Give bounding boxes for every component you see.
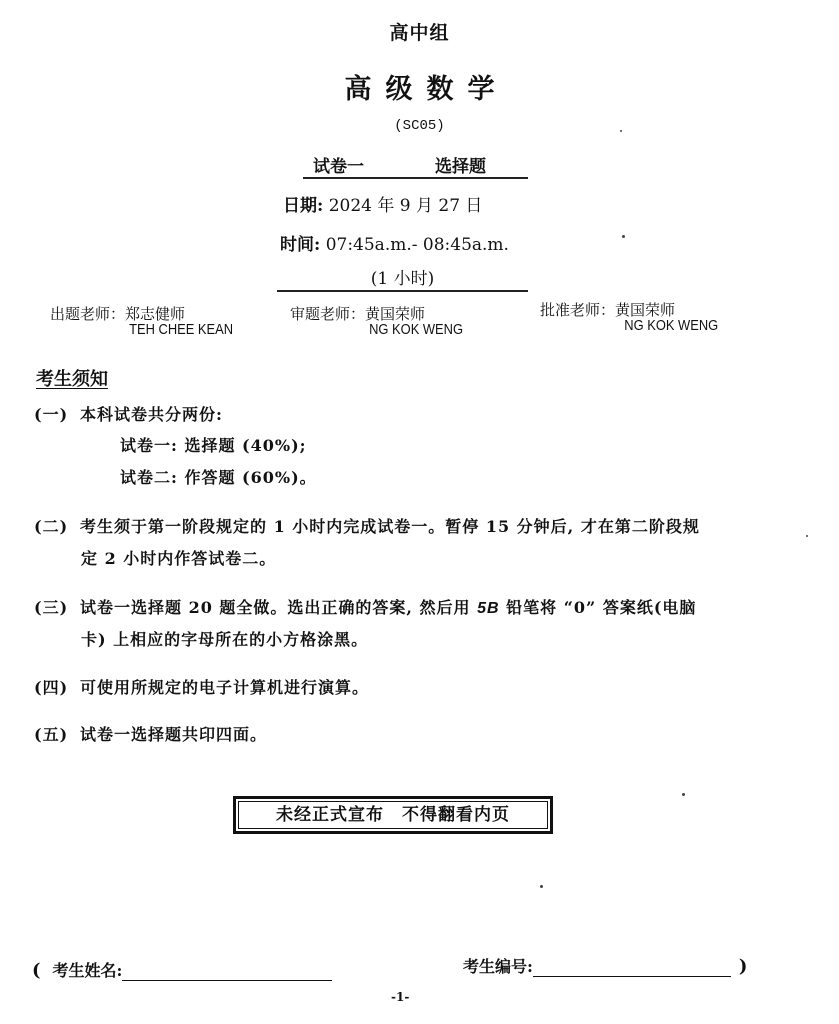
do-not-open-notice: 未经正式宣布不得翻看内页 (233, 796, 553, 834)
paper-number: 试卷一 (313, 152, 364, 177)
item-text: 本科试卷共分两份: (80, 405, 223, 424)
item-number: (一) (34, 402, 80, 425)
setter-label: 出题老师： (50, 305, 125, 323)
instruction-item-5: (五)试卷一选择题共印四面。 (34, 722, 267, 745)
scan-speck (622, 235, 625, 238)
item-text: 试卷一选择题 20 题全做。选出正确的答案, 然后用 (80, 598, 477, 617)
setter-name-en: TEH CHEE KEAN (50, 322, 233, 338)
group-label: 高中组 (0, 18, 839, 45)
scan-speck (806, 535, 808, 537)
exam-duration: (1 小时) (277, 264, 528, 289)
instructions-heading: 考生须知 (36, 365, 108, 391)
teacher-approver: 批准老师：黄国荣师 NG KOK WENG (540, 302, 747, 334)
notice-part-2: 不得翻看内页 (402, 805, 510, 825)
paper-type: 选择题 (435, 152, 486, 177)
item-text: 可使用所规定的电子计算机进行演算。 (80, 678, 369, 697)
candidate-id-blank[interactable] (533, 962, 731, 977)
scan-speck (620, 130, 622, 132)
instruction-item-4: (四)可使用所规定的电子计算机进行演算。 (34, 675, 369, 698)
notice-part-1: 未经正式宣布 (276, 805, 384, 825)
time-label: 时间: (280, 235, 320, 255)
subject-title: 高级数学 (0, 67, 839, 106)
item-text-b: 铅笔将 “0” 答案纸(电脑 (500, 598, 697, 617)
item-number: (四) (34, 675, 80, 698)
reviewer-name-en: NG KOK WENG (290, 322, 463, 338)
item-text: 试卷一选择题共印四面。 (80, 725, 267, 744)
divider-top (303, 177, 528, 179)
teacher-setter: 出题老师：郑志健师 TEH CHEE KEAN (50, 306, 263, 338)
instruction-subitem-paper-1: 试卷一: 选择题 (40%); (120, 433, 307, 456)
candidate-id-label: 考生编号: (463, 957, 533, 976)
teacher-reviewer: 审题老师：黄国荣师 NG KOK WENG (290, 306, 491, 338)
instruction-item-3: (三)试卷一选择题 20 题全做。选出正确的答案, 然后用 5B 铅笔将 “0”… (34, 595, 696, 618)
time-value: 07:45a.m.- 08:45a.m. (326, 235, 509, 255)
subject-code: (SC05) (0, 118, 839, 134)
scan-speck (540, 885, 543, 888)
close-paren: ) (739, 956, 748, 977)
candidate-id-field[interactable]: 考生编号:) (463, 954, 747, 977)
notice-box-inner: 未经正式宣布不得翻看内页 (238, 801, 548, 829)
date-label: 日期: (283, 196, 323, 216)
item-number: (五) (34, 722, 80, 745)
candidate-name-field[interactable]: (考生姓名: (32, 958, 332, 981)
date-value: 2024 年 9 月 27 日 (329, 196, 483, 216)
instruction-subitem-paper-2: 试卷二: 作答题 (60%)。 (120, 465, 317, 488)
exam-date: 日期: 2024 年 9 月 27 日 (283, 191, 482, 216)
open-paren: ( (32, 960, 41, 981)
instruction-item-2-continued: 定 2 小时内作答试卷二。 (81, 546, 276, 569)
item-text: 考生须于第一阶段规定的 1 小时内完成试卷一。暂停 15 分钟后, 才在第二阶段… (80, 517, 700, 536)
instruction-item-3-continued: 卡) 上相应的字母所在的小方格涂黑。 (81, 627, 368, 650)
divider-bottom (277, 290, 528, 292)
scan-speck (682, 793, 685, 796)
approver-name-en: NG KOK WENG (540, 318, 718, 334)
exam-time: 时间: 07:45a.m.- 08:45a.m. (280, 230, 509, 255)
instruction-item-2: (二)考生须于第一阶段规定的 1 小时内完成试卷一。暂停 15 分钟后, 才在第… (34, 514, 700, 537)
approver-label: 批准老师： (540, 301, 615, 319)
candidate-name-blank[interactable] (122, 966, 332, 981)
reviewer-label: 审题老师： (290, 305, 365, 323)
item-number: (二) (34, 514, 80, 537)
pencil-grade: 5B (477, 600, 499, 617)
page-number: -1- (391, 990, 409, 1004)
item-number: (三) (34, 595, 80, 618)
candidate-name-label: 考生姓名: (53, 961, 123, 980)
instruction-item-1: (一)本科试卷共分两份: (34, 402, 223, 425)
